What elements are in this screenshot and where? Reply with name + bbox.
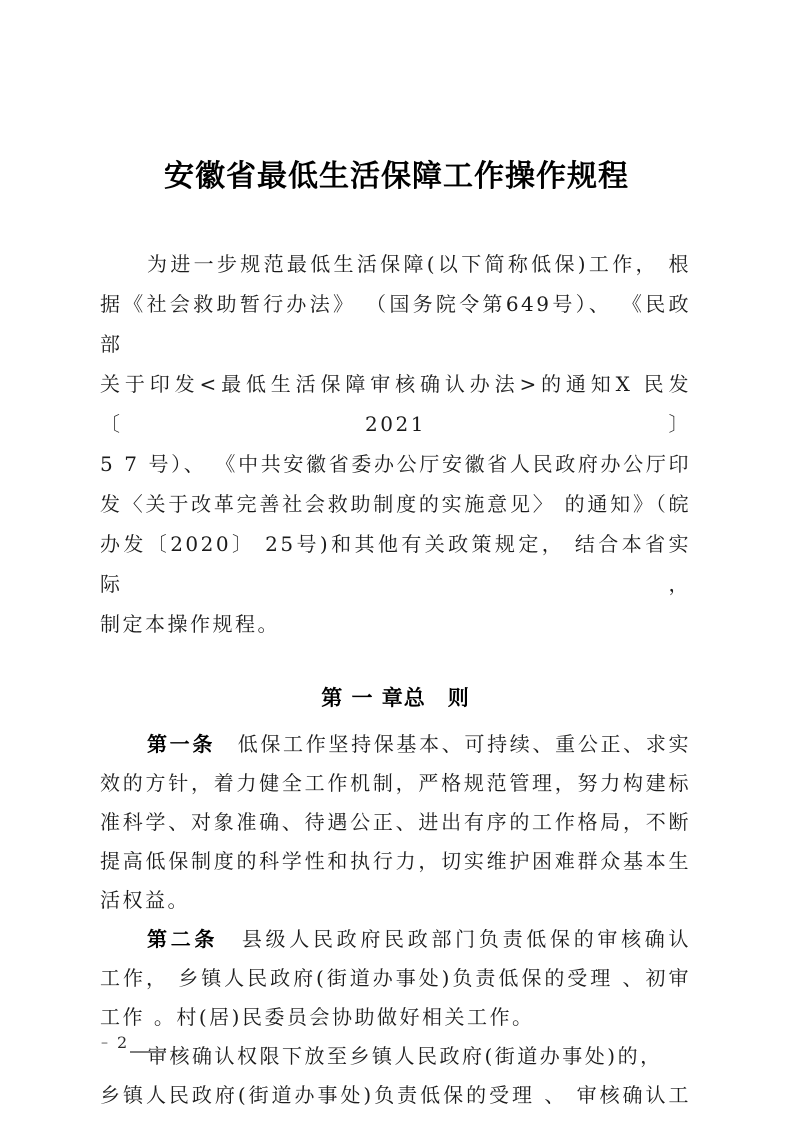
text-line: 活权益。 <box>100 881 691 920</box>
text-run: 制定本操作规程。 <box>100 612 280 636</box>
text-run: 审核确认权限下放至乡镇人民政府(街道办事处)的， <box>147 1044 663 1068</box>
chapter-heading: 第 一 章总 则 <box>100 678 691 718</box>
text-run: 5 7 号）、 《中共安徽省委办公厅安徽省人民政府办公厅印 <box>100 452 691 476</box>
text-line: 效的方针，着力健全工作机制，严格规范管理，努力构建标 <box>100 764 691 803</box>
paragraph: 为进一步规范最低生活保障(以下简称低保)工作， 根据《社会救助暂行办法》 （国务… <box>100 244 691 644</box>
text-line: 第二条 县级人民政府民政部门负责低保的审核确认 <box>100 920 691 959</box>
text-run: 低保工作坚持保基本、可持续、重公正、求实 <box>215 732 691 756</box>
paragraph: 第二条 县级人民政府民政部门负责低保的审核确认工作， 乡镇人民政府(街道办事处)… <box>100 920 691 1037</box>
text-run: 工作， 乡镇人民政府(街道办事处)负责低保的受理 、初审 <box>100 966 691 990</box>
text-run: 工作 。村(居)民委员会协助做好相关工作。 <box>100 1005 534 1029</box>
text-run: 办发〔2020〕 25号)和其他有关政策规定， 结合本省实际， <box>100 532 691 596</box>
page-number: 2 <box>117 1033 127 1052</box>
footer-underline <box>130 1051 166 1053</box>
text-line: 据《社会救助暂行办法》 （国务院令第649号）、 《民政部 <box>100 284 691 364</box>
text-run: 提高低保制度的科学性和执行力，切实维护困难群众基本生 <box>100 849 691 873</box>
text-run: 活权益。 <box>100 888 190 912</box>
text-line: 发〈关于改革完善社会救助制度的实施意见〉 的通知》（皖 <box>100 484 691 524</box>
paragraph: 审核确认权限下放至乡镇人民政府(街道办事处)的，乡镇人民政府(街道办事处)负责低… <box>100 1037 691 1115</box>
article-number: 第二条 <box>147 927 218 951</box>
text-line: 办发〔2020〕 25号)和其他有关政策规定， 结合本省实际， <box>100 524 691 604</box>
document-body: 为进一步规范最低生活保障(以下简称低保)工作， 根据《社会救助暂行办法》 （国务… <box>100 0 691 1115</box>
text-line: 审核确认权限下放至乡镇人民政府(街道办事处)的， <box>100 1037 691 1076</box>
text-line: 5 7 号）、 《中共安徽省委办公厅安徽省人民政府办公厅印 <box>100 444 691 484</box>
text-line: 制定本操作规程。 <box>100 604 691 644</box>
text-line: 提高低保制度的科学性和执行力，切实维护困难群众基本生 <box>100 842 691 881</box>
text-run: 为进一步规范最低生活保障(以下简称低保)工作， 根 <box>147 252 691 276</box>
text-run: 效的方针，着力健全工作机制，严格规范管理，努力构建标 <box>100 771 691 795</box>
text-run: 发〈关于改革完善社会救助制度的实施意见〉 的通知》（皖 <box>100 492 691 516</box>
document-page: 安徽省最低生活保障工作操作规程 为进一步规范最低生活保障(以下简称低保)工作， … <box>0 0 793 1121</box>
footer-dash: – <box>101 1035 108 1051</box>
text-run: 据《社会救助暂行办法》 （国务院令第649号）、 《民政部 <box>100 292 691 356</box>
text-line: 第一条 低保工作坚持保基本、可持续、重公正、求实 <box>100 725 691 764</box>
article-number: 第一条 <box>147 732 215 756</box>
paragraph: 第一条 低保工作坚持保基本、可持续、重公正、求实效的方针，着力健全工作机制，严格… <box>100 725 691 920</box>
text-run: 乡镇人民政府(街道办事处)负责低保的受理 、 审核确认工 <box>100 1083 691 1107</box>
text-line: 工作， 乡镇人民政府(街道办事处)负责低保的受理 、初审 <box>100 959 691 998</box>
text-line: 工作 。村(居)民委员会协助做好相关工作。 <box>100 998 691 1037</box>
text-run: 准科学、对象准确、待遇公正、进出有序的工作格局，不断 <box>100 810 691 834</box>
text-run: 县级人民政府民政部门负责低保的审核确认 <box>218 927 691 951</box>
text-line: 乡镇人民政府(街道办事处)负责低保的受理 、 审核确认工 <box>100 1076 691 1115</box>
text-line: 准科学、对象准确、待遇公正、进出有序的工作格局，不断 <box>100 803 691 842</box>
text-line: 关于印发<最低生活保障审核确认办法>的通知X 民发〔2021〕 <box>100 364 691 444</box>
text-line: 为进一步规范最低生活保障(以下简称低保)工作， 根 <box>100 244 691 284</box>
text-run: 关于印发<最低生活保障审核确认办法>的通知X 民发〔2021〕 <box>100 372 691 436</box>
